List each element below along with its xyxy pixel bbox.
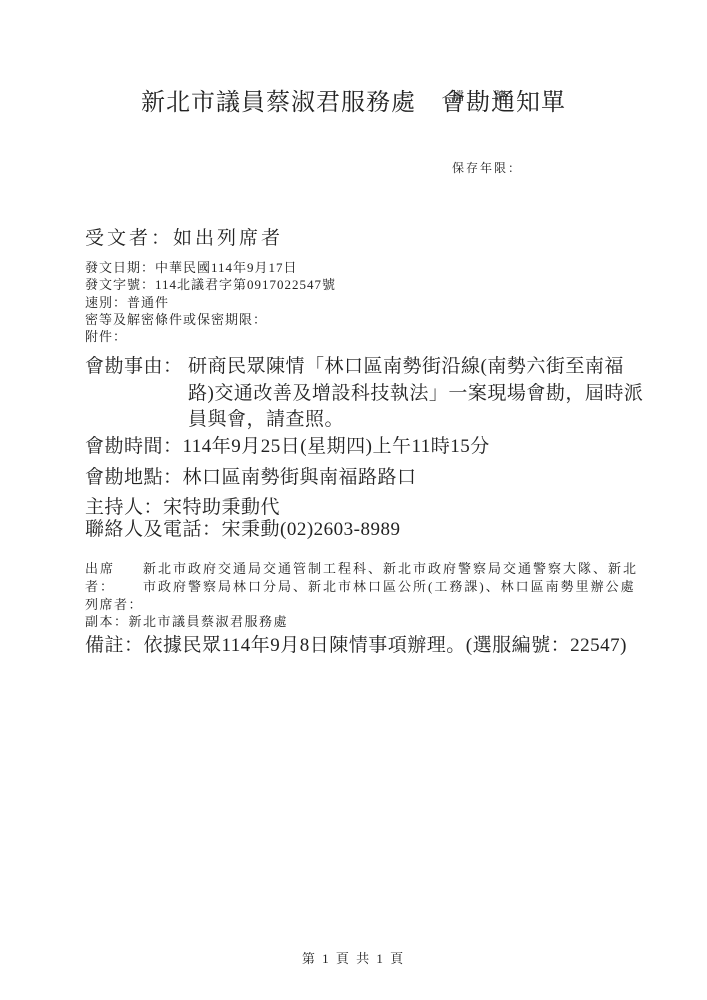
inspection-subject: 會勘事由： 研商民眾陳情「林口區南勢街沿線(南勢六街至南福路)交通改善及增設科技…	[85, 354, 648, 434]
cc-value: 新北市議員蔡淑君服務處	[129, 614, 289, 629]
doc-number-line: 發文字號：114北議君字第0917022547號	[85, 276, 336, 293]
subject-label: 會勘事由：	[85, 354, 188, 434]
security-line: 密等及解密條件或保密期限：	[85, 311, 336, 328]
document-page: 檔 號： 保存年限： 新北市議員蔡淑君服務處 會勘通知單 受文者：如出列席者 發…	[0, 0, 707, 1000]
inspection-place-line: 會勘地點：林口區南勢街與南福路路口	[85, 467, 417, 489]
retention-period-label: 保存年限：	[452, 156, 522, 180]
place-value: 林口區南勢街與南福路路口	[183, 467, 417, 488]
subject-value: 研商民眾陳情「林口區南勢街沿線(南勢六街至南福路)交通改善及增設科技執法」一案現…	[188, 354, 648, 434]
recipient-value: 如出列席者	[173, 228, 283, 249]
attendees-value: 新北市政府交通局交通管制工程科、新北市政府警察局交通警察大隊、新北市政府警察局林…	[143, 560, 640, 595]
remarks-line: 備註：依據民眾114年9月8日陳情事項辦理。(選服編號：22547)	[85, 630, 627, 657]
issue-date-label: 發文日期：	[85, 260, 155, 275]
remarks-value: 依據民眾114年9月8日陳情事項辦理。(選服編號：22547)	[144, 635, 627, 656]
contact-line: 聯絡人及電話：宋秉動(02)2603-8989	[85, 519, 401, 541]
time-value: 114年9月25日(星期四)上午11時15分	[183, 436, 490, 457]
host-value: 宋特助秉動代	[163, 497, 280, 518]
host-line: 主持人：宋特助秉動代	[85, 497, 280, 519]
security-label: 密等及解密條件或保密期限：	[85, 312, 267, 327]
meta-block: 發文日期：中華民國114年9月17日 發文字號：114北議君字第09170225…	[85, 259, 336, 345]
issue-date-value: 中華民國114年9月17日	[155, 260, 298, 275]
time-label: 會勘時間：	[85, 436, 183, 457]
host-label: 主持人：	[85, 497, 163, 518]
corner-labels: 檔 號： 保存年限：	[452, 36, 522, 228]
place-label: 會勘地點：	[85, 467, 183, 488]
remarks-label: 備註：	[85, 635, 144, 656]
issue-date-line: 發文日期：中華民國114年9月17日	[85, 259, 336, 276]
document-title: 新北市議員蔡淑君服務處 會勘通知單	[0, 82, 707, 117]
attachment-line: 附件：	[85, 328, 336, 345]
cc-label: 副本：	[85, 614, 129, 629]
speed-label: 速別：	[85, 295, 127, 310]
contact-label: 聯絡人及電話：	[85, 519, 222, 540]
attendees-label: 出席者：	[85, 560, 143, 595]
observers-label: 列席者：	[85, 597, 143, 612]
speed-line: 速別：普通件	[85, 294, 336, 311]
contact-value: 宋秉動(02)2603-8989	[222, 519, 401, 540]
cc-line: 副本：新北市議員蔡淑君服務處	[85, 613, 288, 630]
observers-line: 列席者：	[85, 596, 143, 613]
doc-number-label: 發文字號：	[85, 277, 155, 292]
inspection-time-line: 會勘時間：114年9月25日(星期四)上午11時15分	[85, 436, 490, 458]
speed-value: 普通件	[127, 295, 169, 310]
recipient-label: 受文者：	[85, 228, 173, 249]
attendees-block: 出席者： 新北市政府交通局交通管制工程科、新北市政府警察局交通警察大隊、新北市政…	[85, 560, 640, 595]
attachment-label: 附件：	[85, 329, 127, 344]
recipient-line: 受文者：如出列席者	[85, 223, 283, 250]
doc-number-value: 114北議君字第0917022547號	[155, 277, 336, 292]
page-footer: 第 1 頁 共 1 頁	[0, 948, 707, 967]
